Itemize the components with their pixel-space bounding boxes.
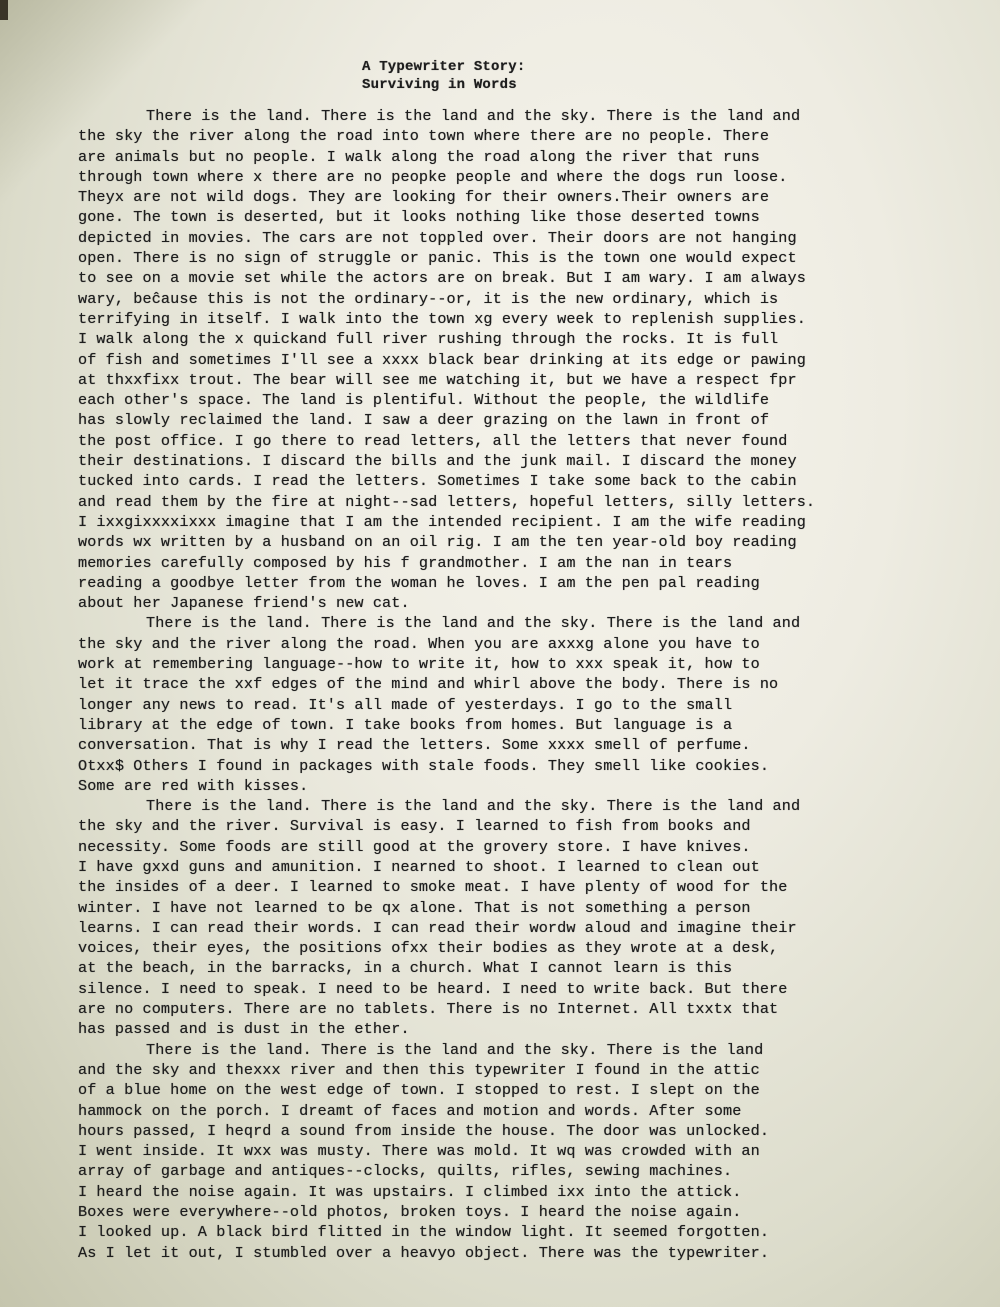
text-line: I ixxgixxxxixxx imagine that I am the in…	[78, 512, 958, 532]
paragraph: There is the land. There is the land and…	[78, 796, 958, 1040]
title-line-1: A Typewriter Story:	[362, 58, 958, 76]
text-line: the sky the river along the road into to…	[78, 126, 958, 146]
paragraph: There is the land. There is the land and…	[78, 1040, 958, 1263]
text-line: longer any news to read. It's all made o…	[78, 695, 958, 715]
paper-sheet: A Typewriter Story: Surviving in Words T…	[0, 0, 1000, 1307]
text-line: of fish and sometimes I'll see a xxxx bl…	[78, 350, 958, 370]
text-line: conversation. That is why I read the let…	[78, 735, 958, 755]
text-line: There is the land. There is the land and…	[78, 796, 958, 816]
text-line: are animals but no people. I walk along …	[78, 147, 958, 167]
text-line: There is the land. There is the land and…	[78, 106, 958, 126]
paragraph: There is the land. There is the land and…	[78, 613, 958, 796]
text-line: Otxx$ Others I found in packages with st…	[78, 756, 958, 776]
text-line: the insides of a deer. I learned to smok…	[78, 877, 958, 897]
text-line: at thxxfixx trout. The bear will see me …	[78, 370, 958, 390]
text-line: Theyx are not wild dogs. They are lookin…	[78, 187, 958, 207]
text-line: the sky and the river. Survival is easy.…	[78, 816, 958, 836]
text-line: and the sky and thexxx river and then th…	[78, 1060, 958, 1080]
text-line: tucked into cards. I read the letters. S…	[78, 471, 958, 491]
text-line: are no computers. There are no tablets. …	[78, 999, 958, 1019]
text-line: terrifying in itself. I walk into the to…	[78, 309, 958, 329]
text-line: let it trace the xxf edges of the mind a…	[78, 674, 958, 694]
text-line: I have gxxd guns and amunition. I nearne…	[78, 857, 958, 877]
text-line: to see on a movie set while the actors a…	[78, 268, 958, 288]
text-line: open. There is no sign of struggle or pa…	[78, 248, 958, 268]
text-line: voices, their eyes, the positions ofxx t…	[78, 938, 958, 958]
text-line: array of garbage and antiques--clocks, q…	[78, 1161, 958, 1181]
title-line-2: Surviving in Words	[362, 76, 958, 94]
paragraph: There is the land. There is the land and…	[78, 106, 958, 613]
text-line: There is the land. There is the land and…	[78, 613, 958, 633]
text-line: the sky and the river along the road. Wh…	[78, 634, 958, 654]
text-line: There is the land. There is the land and…	[78, 1040, 958, 1060]
background-corner	[0, 0, 8, 20]
typed-page: A Typewriter Story: Surviving in Words T…	[78, 58, 958, 1263]
text-line: work at remembering language--how to wri…	[78, 654, 958, 674]
text-line: has passed and is dust in the ether.	[78, 1019, 958, 1039]
text-line: I heard the noise again. It was upstairs…	[78, 1182, 958, 1202]
text-line: memories carefully composed by his f gra…	[78, 553, 958, 573]
text-line: gone. The town is deserted, but it looks…	[78, 207, 958, 227]
text-line: hammock on the porch. I dreamt of faces …	[78, 1101, 958, 1121]
text-line: wary, beĉause this is not the ordinary--…	[78, 289, 958, 309]
text-line: necessity. Some foods are still good at …	[78, 837, 958, 857]
text-line: library at the edge of town. I take book…	[78, 715, 958, 735]
text-line: through town where x there are no peopke…	[78, 167, 958, 187]
text-line: Some are red with kisses.	[78, 776, 958, 796]
text-line: at the beach, in the barracks, in a chur…	[78, 958, 958, 978]
text-line: learns. I can read their words. I can re…	[78, 918, 958, 938]
text-line: Boxes were everywhere--old photos, broke…	[78, 1202, 958, 1222]
story-title: A Typewriter Story: Surviving in Words	[362, 58, 958, 94]
text-line: reading a goodbye letter from the woman …	[78, 573, 958, 593]
text-line: I looked up. A black bird flitted in the…	[78, 1222, 958, 1242]
text-line: about her Japanese friend's new cat.	[78, 593, 958, 613]
text-line: the post office. I go there to read lett…	[78, 431, 958, 451]
text-line: I walk along the x quickand full river r…	[78, 329, 958, 349]
text-line: and read them by the fire at night--sad …	[78, 492, 958, 512]
text-line: As I let it out, I stumbled over a heavy…	[78, 1243, 958, 1263]
text-line: their destinations. I discard the bills …	[78, 451, 958, 471]
text-line: has slowly reclaimed the land. I saw a d…	[78, 410, 958, 430]
story-body: There is the land. There is the land and…	[78, 106, 958, 1263]
text-line: depicted in movies. The cars are not top…	[78, 228, 958, 248]
text-line: winter. I have not learned to be qx alon…	[78, 898, 958, 918]
text-line: of a blue home on the west edge of town.…	[78, 1080, 958, 1100]
text-line: words wx written by a husband on an oil …	[78, 532, 958, 552]
text-line: silence. I need to speak. I need to be h…	[78, 979, 958, 999]
text-line: each other's space. The land is plentifu…	[78, 390, 958, 410]
text-line: I went inside. It wxx was musty. There w…	[78, 1141, 958, 1161]
text-line: hours passed, I heqrd a sound from insid…	[78, 1121, 958, 1141]
